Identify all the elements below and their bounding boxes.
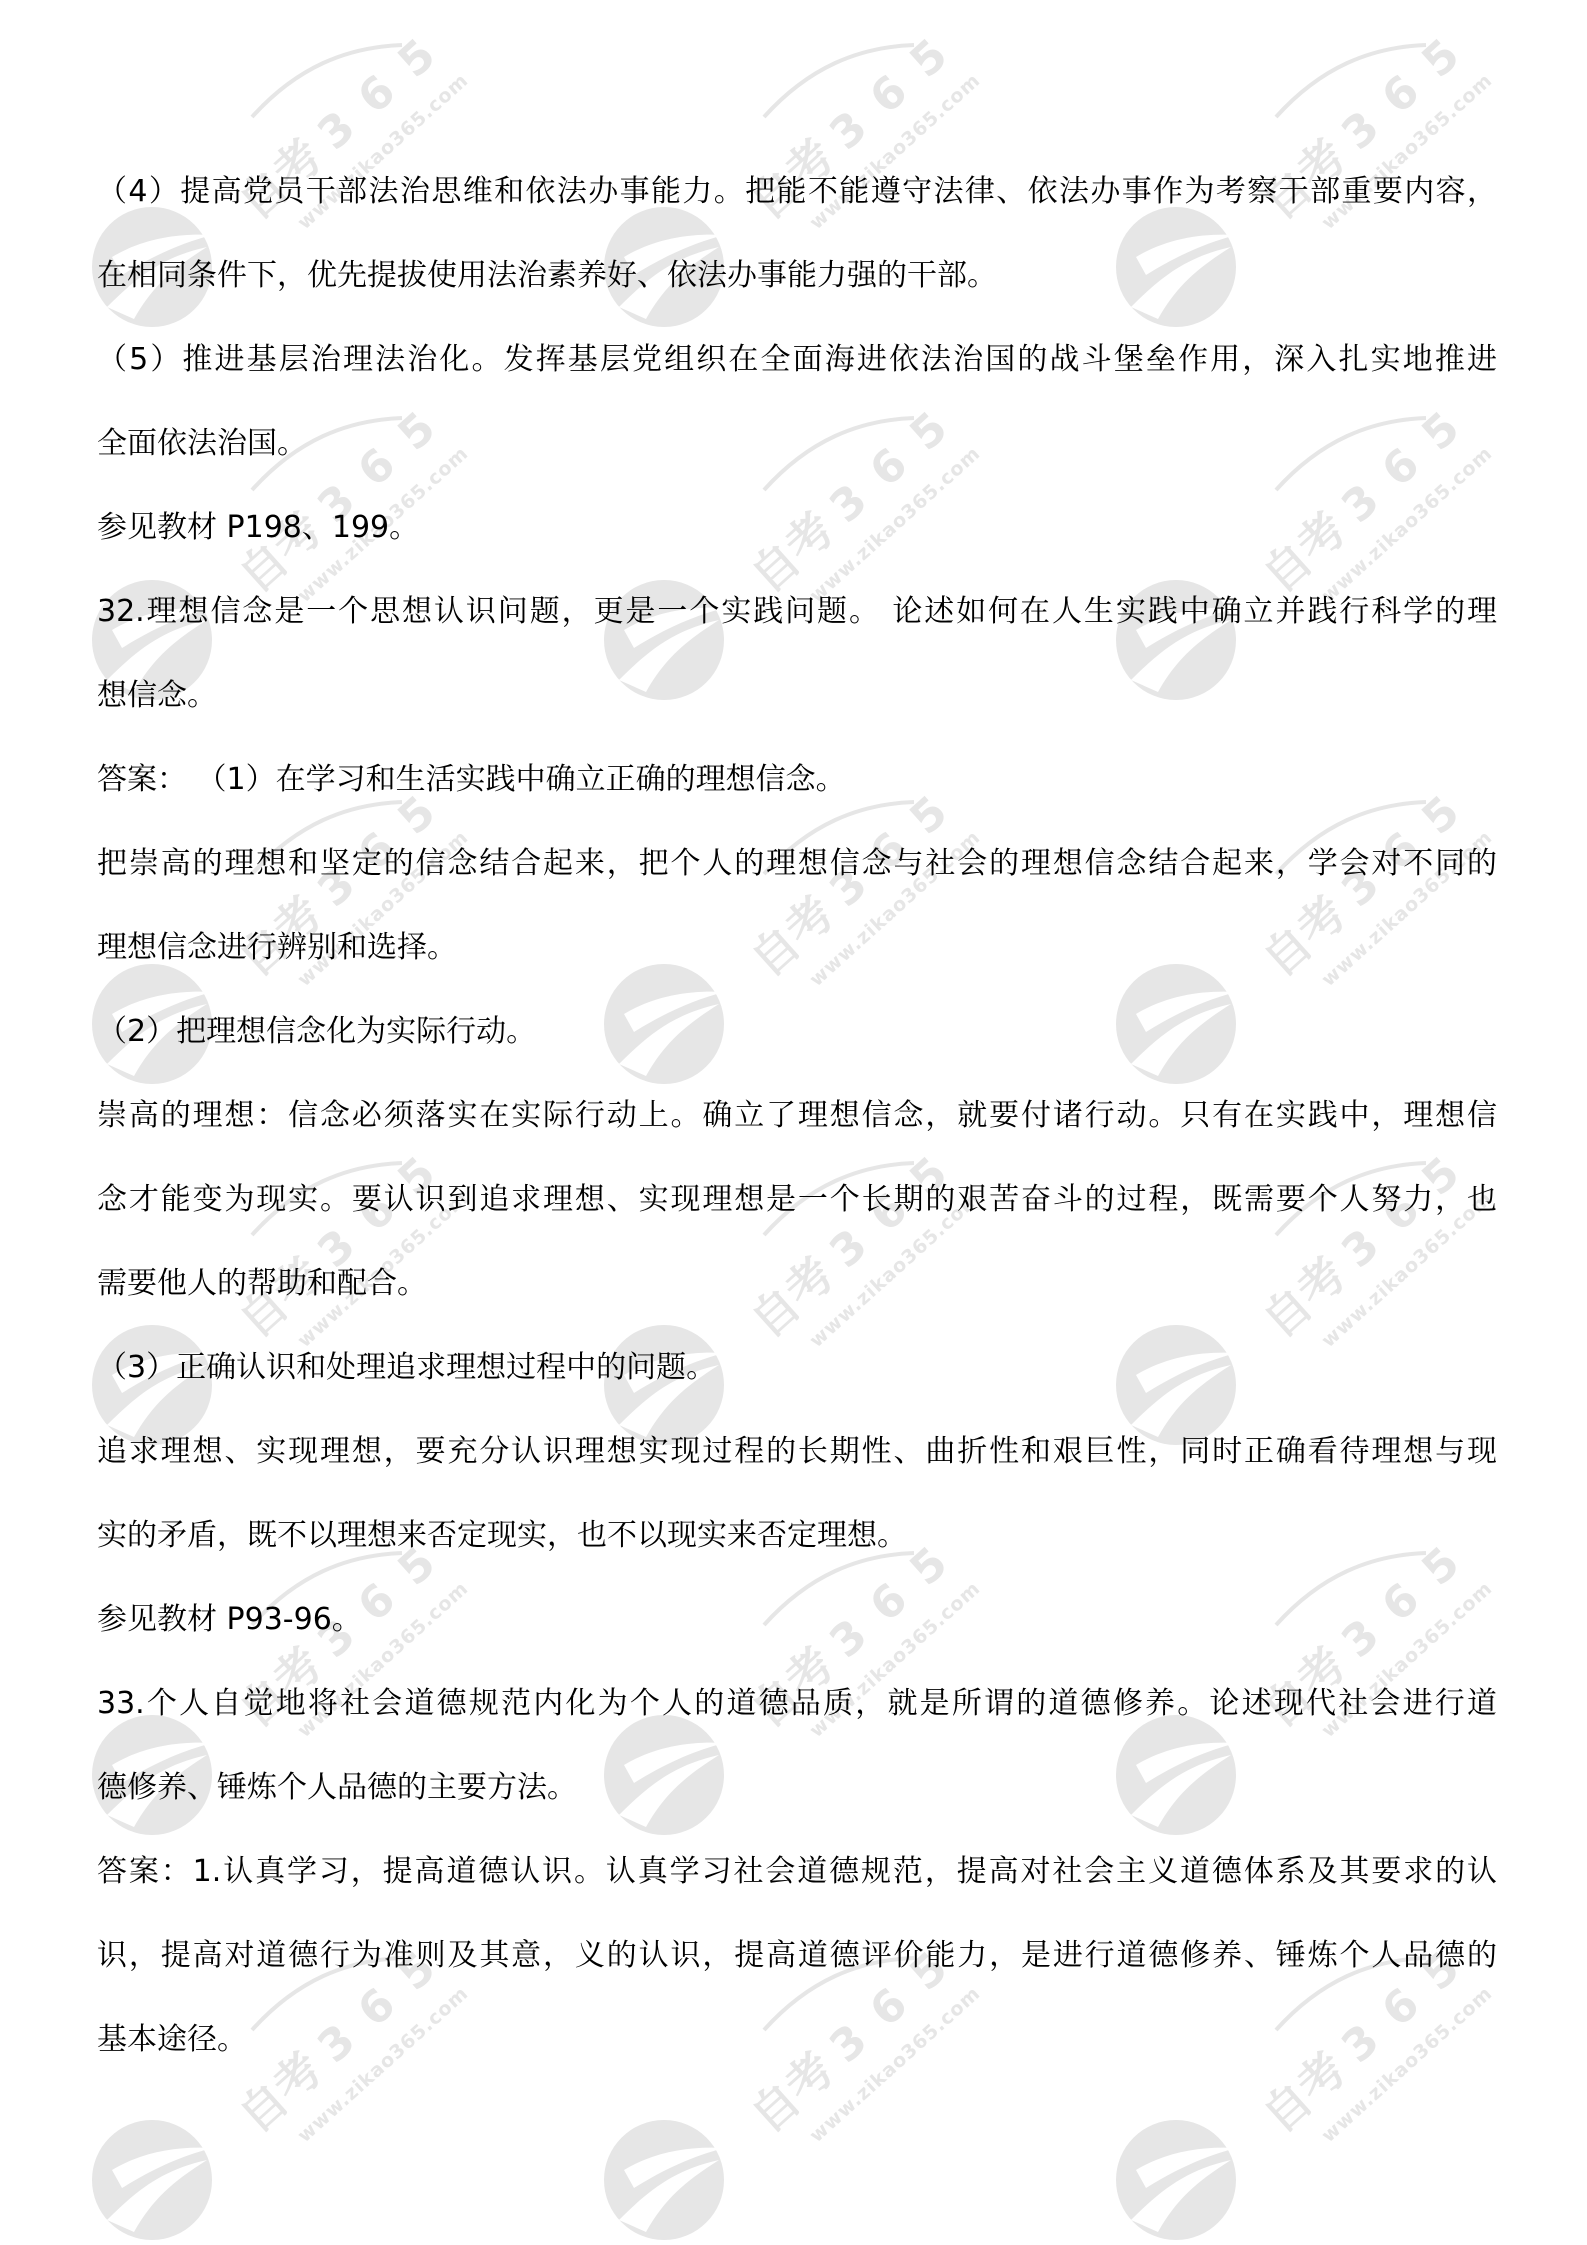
text-line: 追求理想、实现理想，要充分认识理想实现过程的长期性、曲折性和艰巨性，同时正确看待… [97,1410,1497,1494]
question-32: 32.理想信念是一个思想认识问题，更是一个实践问题。 论述如何在人生实践中确立并… [97,570,1497,654]
text-line: 理想信念进行辨别和选择。 [97,906,1497,990]
question-32-cont: 想信念。 [97,654,1497,738]
text-line: 念才能变为现实。要认识到追求理想、实现理想是一个长期的艰苦奋斗的过程，既需要个人… [97,1158,1497,1242]
text-line: （5）推进基层治理法治化。发挥基层党组织在全面海进依法治国的战斗堡垒作用，深入扎… [97,318,1497,402]
question-33-cont: 德修养、锤炼个人品德的主要方法。 [97,1746,1497,1830]
textbook-reference: 参见教材 P93-96。 [97,1578,1497,1662]
text-line: （4）提高党员干部法治思维和依法办事能力。把能不能遵守法律、依法办事作为考察干部… [97,150,1497,234]
answer-point-2: （2）把理想信念化为实际行动。 [97,990,1497,1074]
text-line: 全面依法治国。 [97,402,1497,486]
text-line: 实的矛盾，既不以理想来否定现实，也不以现实来否定理想。 [97,1494,1497,1578]
answer-point-3: （3）正确认识和处理追求理想过程中的问题。 [97,1326,1497,1410]
document-body: （4）提高党员干部法治思维和依法办事能力。把能不能遵守法律、依法办事作为考察干部… [97,150,1497,2082]
text-line: 基本途径。 [97,1998,1497,2082]
svg-text:3 6 5: 3 6 5 [1332,27,1472,160]
text-line: 需要他人的帮助和配合。 [97,1242,1497,1326]
text-line: 识，提高对道德行为准则及其意，义的认识，提高道德评价能力，是进行道德修养、锤炼个… [97,1914,1497,1998]
text-line: 把崇高的理想和坚定的信念结合起来，把个人的理想信念与社会的理想信念结合起来，学会… [97,822,1497,906]
text-line: 崇高的理想：信念必须落实在实际行动上。确立了理想信念，就要付诸行动。只有在实践中… [97,1074,1497,1158]
svg-text:3 6 5: 3 6 5 [308,27,448,160]
svg-text:3 6 5: 3 6 5 [820,27,960,160]
answer-heading: 答案： （1）在学习和生活实践中确立正确的理想信念。 [97,738,1497,822]
text-line: 在相同条件下，优先提拔使用法治素养好、依法办事能力强的干部。 [97,234,1497,318]
textbook-reference: 参见教材 P198、199。 [97,486,1497,570]
question-33: 33.个人自觉地将社会道德规范内化为个人的道德品质，就是所谓的道德修养。论述现代… [97,1662,1497,1746]
answer-heading: 答案：1.认真学习，提高道德认识。认真学习社会道德规范，提高对社会主义道德体系及… [97,1830,1497,1914]
